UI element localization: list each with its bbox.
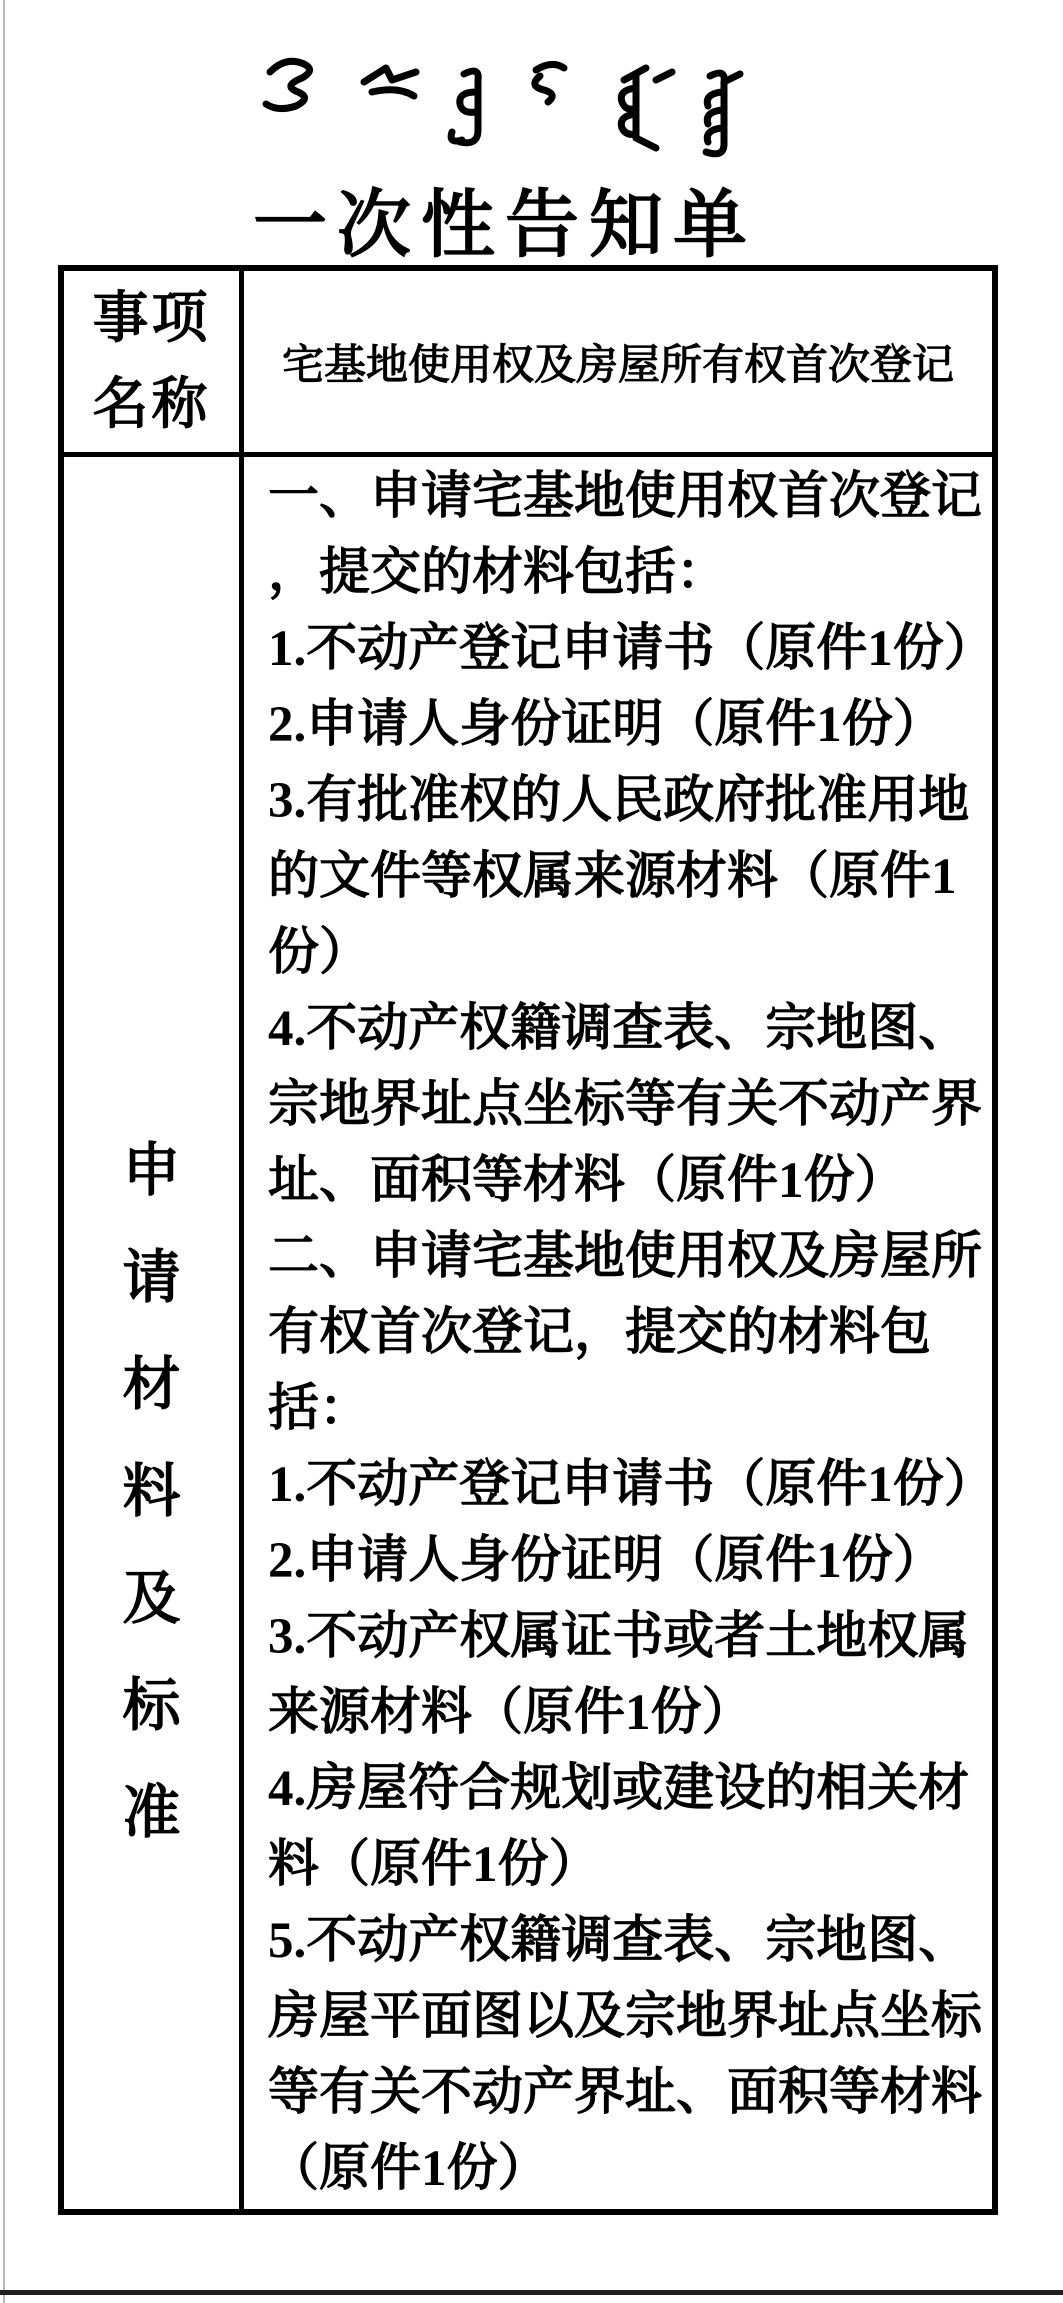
material-line: 址、面积等材料（原件1份） xyxy=(268,1143,992,1219)
item-name-header-line: 名称 xyxy=(93,362,211,448)
material-line: 份） xyxy=(268,915,992,991)
material-line: 1.不动产登记申请书（原件1份） xyxy=(268,611,992,687)
material-line: 有权首次登记，提交的材料包 xyxy=(268,1295,992,1371)
material-line: 3.不动产权属证书或者土地权属 xyxy=(268,1599,992,1675)
cell-materials-header: 申请材料及标准 xyxy=(64,457,244,2209)
cell-item-name-value: 宅基地使用权及房屋所有权首次登记 xyxy=(244,271,992,457)
mongolian-glyph-5 xyxy=(621,68,672,148)
mongolian-script-title xyxy=(252,52,757,160)
materials-header-char: 标 xyxy=(122,1652,180,1759)
material-line: 3.有批准权的人民政府批准用地 xyxy=(268,763,992,839)
cell-item-name-header: 事项 名称 xyxy=(64,271,244,457)
cell-materials-body: 一、申请宅基地使用权首次登记，提交的材料包括：1.不动产登记申请书（原件1份）2… xyxy=(244,457,992,2209)
material-line: 料（原件1份） xyxy=(268,1827,992,1903)
material-line: 房屋平面图以及宗地界址点坐标 xyxy=(268,1979,992,2055)
materials-header-char: 请 xyxy=(122,1224,180,1331)
notice-table: 事项 名称 宅基地使用权及房屋所有权首次登记 申请材料及标准 一、申请宅基地使用… xyxy=(58,265,998,2215)
left-edge-line xyxy=(3,0,5,2303)
material-line: 括： xyxy=(268,1371,992,1447)
material-line: 2.申请人身份证明（原件1份） xyxy=(268,1523,992,1599)
material-line: 1.不动产登记申请书（原件1份） xyxy=(268,1447,992,1523)
mongolian-glyph-2 xyxy=(364,68,416,96)
materials-header-char: 材 xyxy=(122,1331,180,1438)
material-line: 的文件等权属来源材料（原件1 xyxy=(268,839,992,915)
materials-header-char: 申 xyxy=(122,1117,180,1224)
item-name-value: 宅基地使用权及房屋所有权首次登记 xyxy=(282,332,954,392)
mongolian-glyph-4 xyxy=(535,64,564,102)
mongolian-glyph-1 xyxy=(266,61,310,108)
bottom-rule xyxy=(0,2290,1063,2295)
material-line: 2.申请人身份证明（原件1份） xyxy=(268,687,992,763)
material-line: （原件1份） xyxy=(268,2131,992,2207)
materials-header-char: 准 xyxy=(122,1759,180,1866)
material-line: 二、申请宅基地使用权及房屋所 xyxy=(268,1219,992,1295)
material-line: 4.不动产权籍调查表、宗地图、 xyxy=(268,991,992,1067)
material-line: 来源材料（原件1份） xyxy=(268,1675,992,1751)
page: { "document": { "mongolian_header": { "t… xyxy=(0,0,1063,2303)
materials-header-char: 及 xyxy=(122,1545,180,1652)
materials-header-char: 料 xyxy=(122,1438,180,1545)
material-line: 4.房屋符合规划或建设的相关材 xyxy=(268,1751,992,1827)
material-line: 一、申请宅基地使用权首次登记 xyxy=(268,459,992,535)
item-name-header-line: 事项 xyxy=(93,276,211,362)
mongolian-glyph-3 xyxy=(451,71,478,143)
material-line: 等有关不动产界址、面积等材料 xyxy=(268,2055,992,2131)
material-line: 宗地界址点坐标等有关不动产界 xyxy=(268,1067,992,1143)
mongolian-glyph-6 xyxy=(706,73,740,154)
page-title: 一次性告知单 xyxy=(0,166,1010,272)
material-line: 5.不动产权籍调查表、宗地图、 xyxy=(268,1903,992,1979)
material-line: ，提交的材料包括： xyxy=(268,535,992,611)
